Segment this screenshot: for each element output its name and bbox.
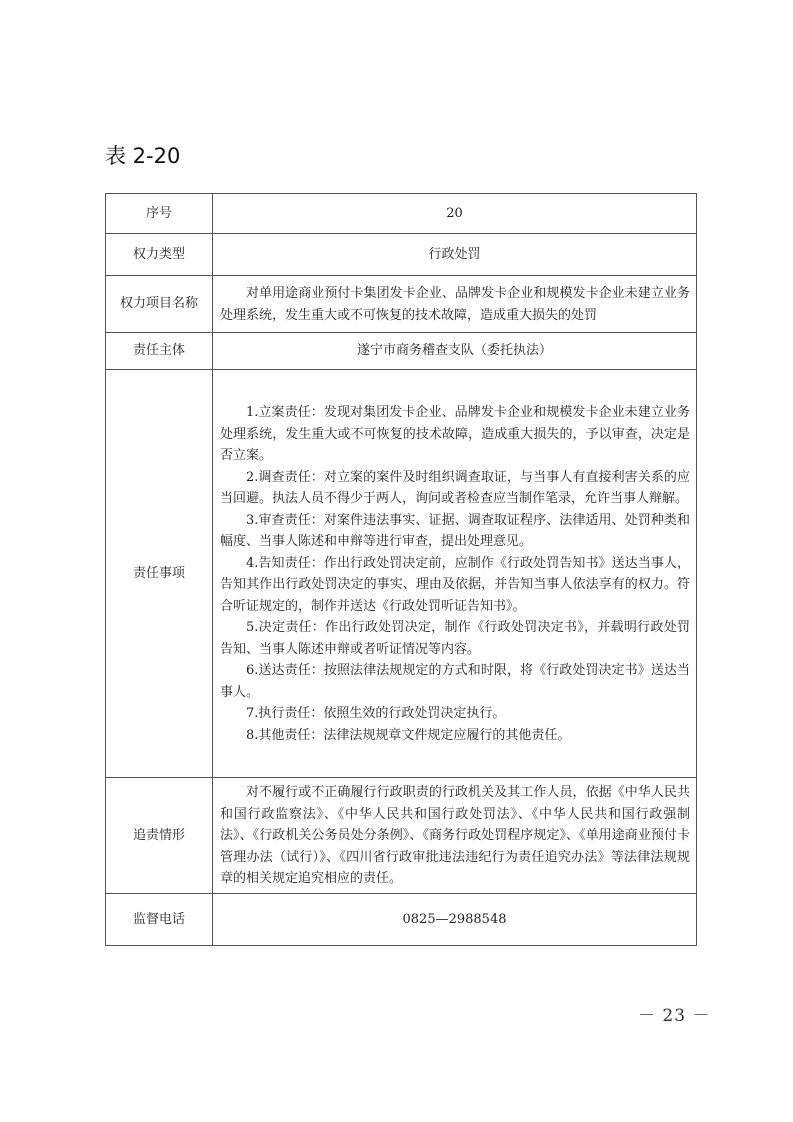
row-label: 责任主体 <box>106 333 213 370</box>
responsibility-item-3: 3.审查责任：对案件违法事实、证据、调查取证程序、法律适用、处罚种类和幅度、当事… <box>220 510 690 553</box>
responsible-entity-value: 遂宁市商务稽查支队（委托执法） <box>213 333 697 370</box>
table-row-supervision-phone: 监督电话 0825—2988548 <box>106 894 697 946</box>
responsibility-item-7: 7.执行责任：依照生效的行政处罚决定执行。 <box>220 703 690 725</box>
table-row-responsibility-items: 责任事项 1.立案责任：发现对集团发卡企业、品牌发卡企业和规模发卡企业未建立业务… <box>106 370 697 778</box>
responsibility-item-6: 6.送达责任：按照法律法规规定的方式和时限，将《行政处罚决定书》送达当事人。 <box>220 660 690 703</box>
accountability-value: 对不履行或不正确履行行政职责的行政机关及其工作人员，依据《中华人民共和国行政监察… <box>213 778 697 894</box>
power-type-value: 行政处罚 <box>213 234 697 276</box>
table-row-power-item-name: 权力项目名称 对单用途商业预付卡集团发卡企业、品牌发卡企业和规模发卡企业未建立业… <box>106 276 697 333</box>
responsibility-item-8: 8.其他责任：法律法规规章文件规定应履行的其他责任。 <box>220 725 690 747</box>
row-label: 权力项目名称 <box>106 276 213 333</box>
table-row-power-type: 权力类型 行政处罚 <box>106 234 697 276</box>
responsibility-item-2: 2.调查责任：对立案的案件及时组织调查取证，与当事人有直接利害关系的应当回避。执… <box>220 467 690 510</box>
accountability-text: 对不履行或不正确履行行政职责的行政机关及其工作人员，依据《中华人民共和国行政监察… <box>220 782 690 890</box>
responsibility-item-5: 5.决定责任：作出行政处罚决定，制作《行政处罚决定书》，并载明行政处罚告知、当事… <box>220 617 690 660</box>
row-label: 权力类型 <box>106 234 213 276</box>
supervision-phone-value: 0825—2988548 <box>213 894 697 946</box>
responsibility-item-1: 1.立案责任：发现对集团发卡企业、品牌发卡企业和规模发卡企业未建立业务处理系统，… <box>220 402 690 467</box>
row-label: 追责情形 <box>106 778 213 894</box>
responsibility-table: 序号 20 权力类型 行政处罚 权力项目名称 对单用途商业预付卡集团发卡企业、品… <box>105 193 697 946</box>
table-row-serial-number: 序号 20 <box>106 194 697 234</box>
table-row-responsible-entity: 责任主体 遂宁市商务稽查支队（委托执法） <box>106 333 697 370</box>
responsibility-items-value: 1.立案责任：发现对集团发卡企业、品牌发卡企业和规模发卡企业未建立业务处理系统，… <box>213 370 697 778</box>
power-item-name-value: 对单用途商业预付卡集团发卡企业、品牌发卡企业和规模发卡企业未建立业务处理系统，发… <box>213 276 697 333</box>
serial-number-value: 20 <box>213 194 697 234</box>
page-number: － 23 － <box>638 1001 710 1026</box>
row-label: 序号 <box>106 194 213 234</box>
table-title: 表 2-20 <box>105 140 180 170</box>
table-row-accountability: 追责情形 对不履行或不正确履行行政职责的行政机关及其工作人员，依据《中华人民共和… <box>106 778 697 894</box>
responsibility-item-4: 4.告知责任：作出行政处罚决定前，应制作《行政处罚告知书》送达当事人，告知其作出… <box>220 553 690 618</box>
row-label: 责任事项 <box>106 370 213 778</box>
power-item-name-text: 对单用途商业预付卡集团发卡企业、品牌发卡企业和规模发卡企业未建立业务处理系统，发… <box>220 283 690 326</box>
row-label: 监督电话 <box>106 894 213 946</box>
